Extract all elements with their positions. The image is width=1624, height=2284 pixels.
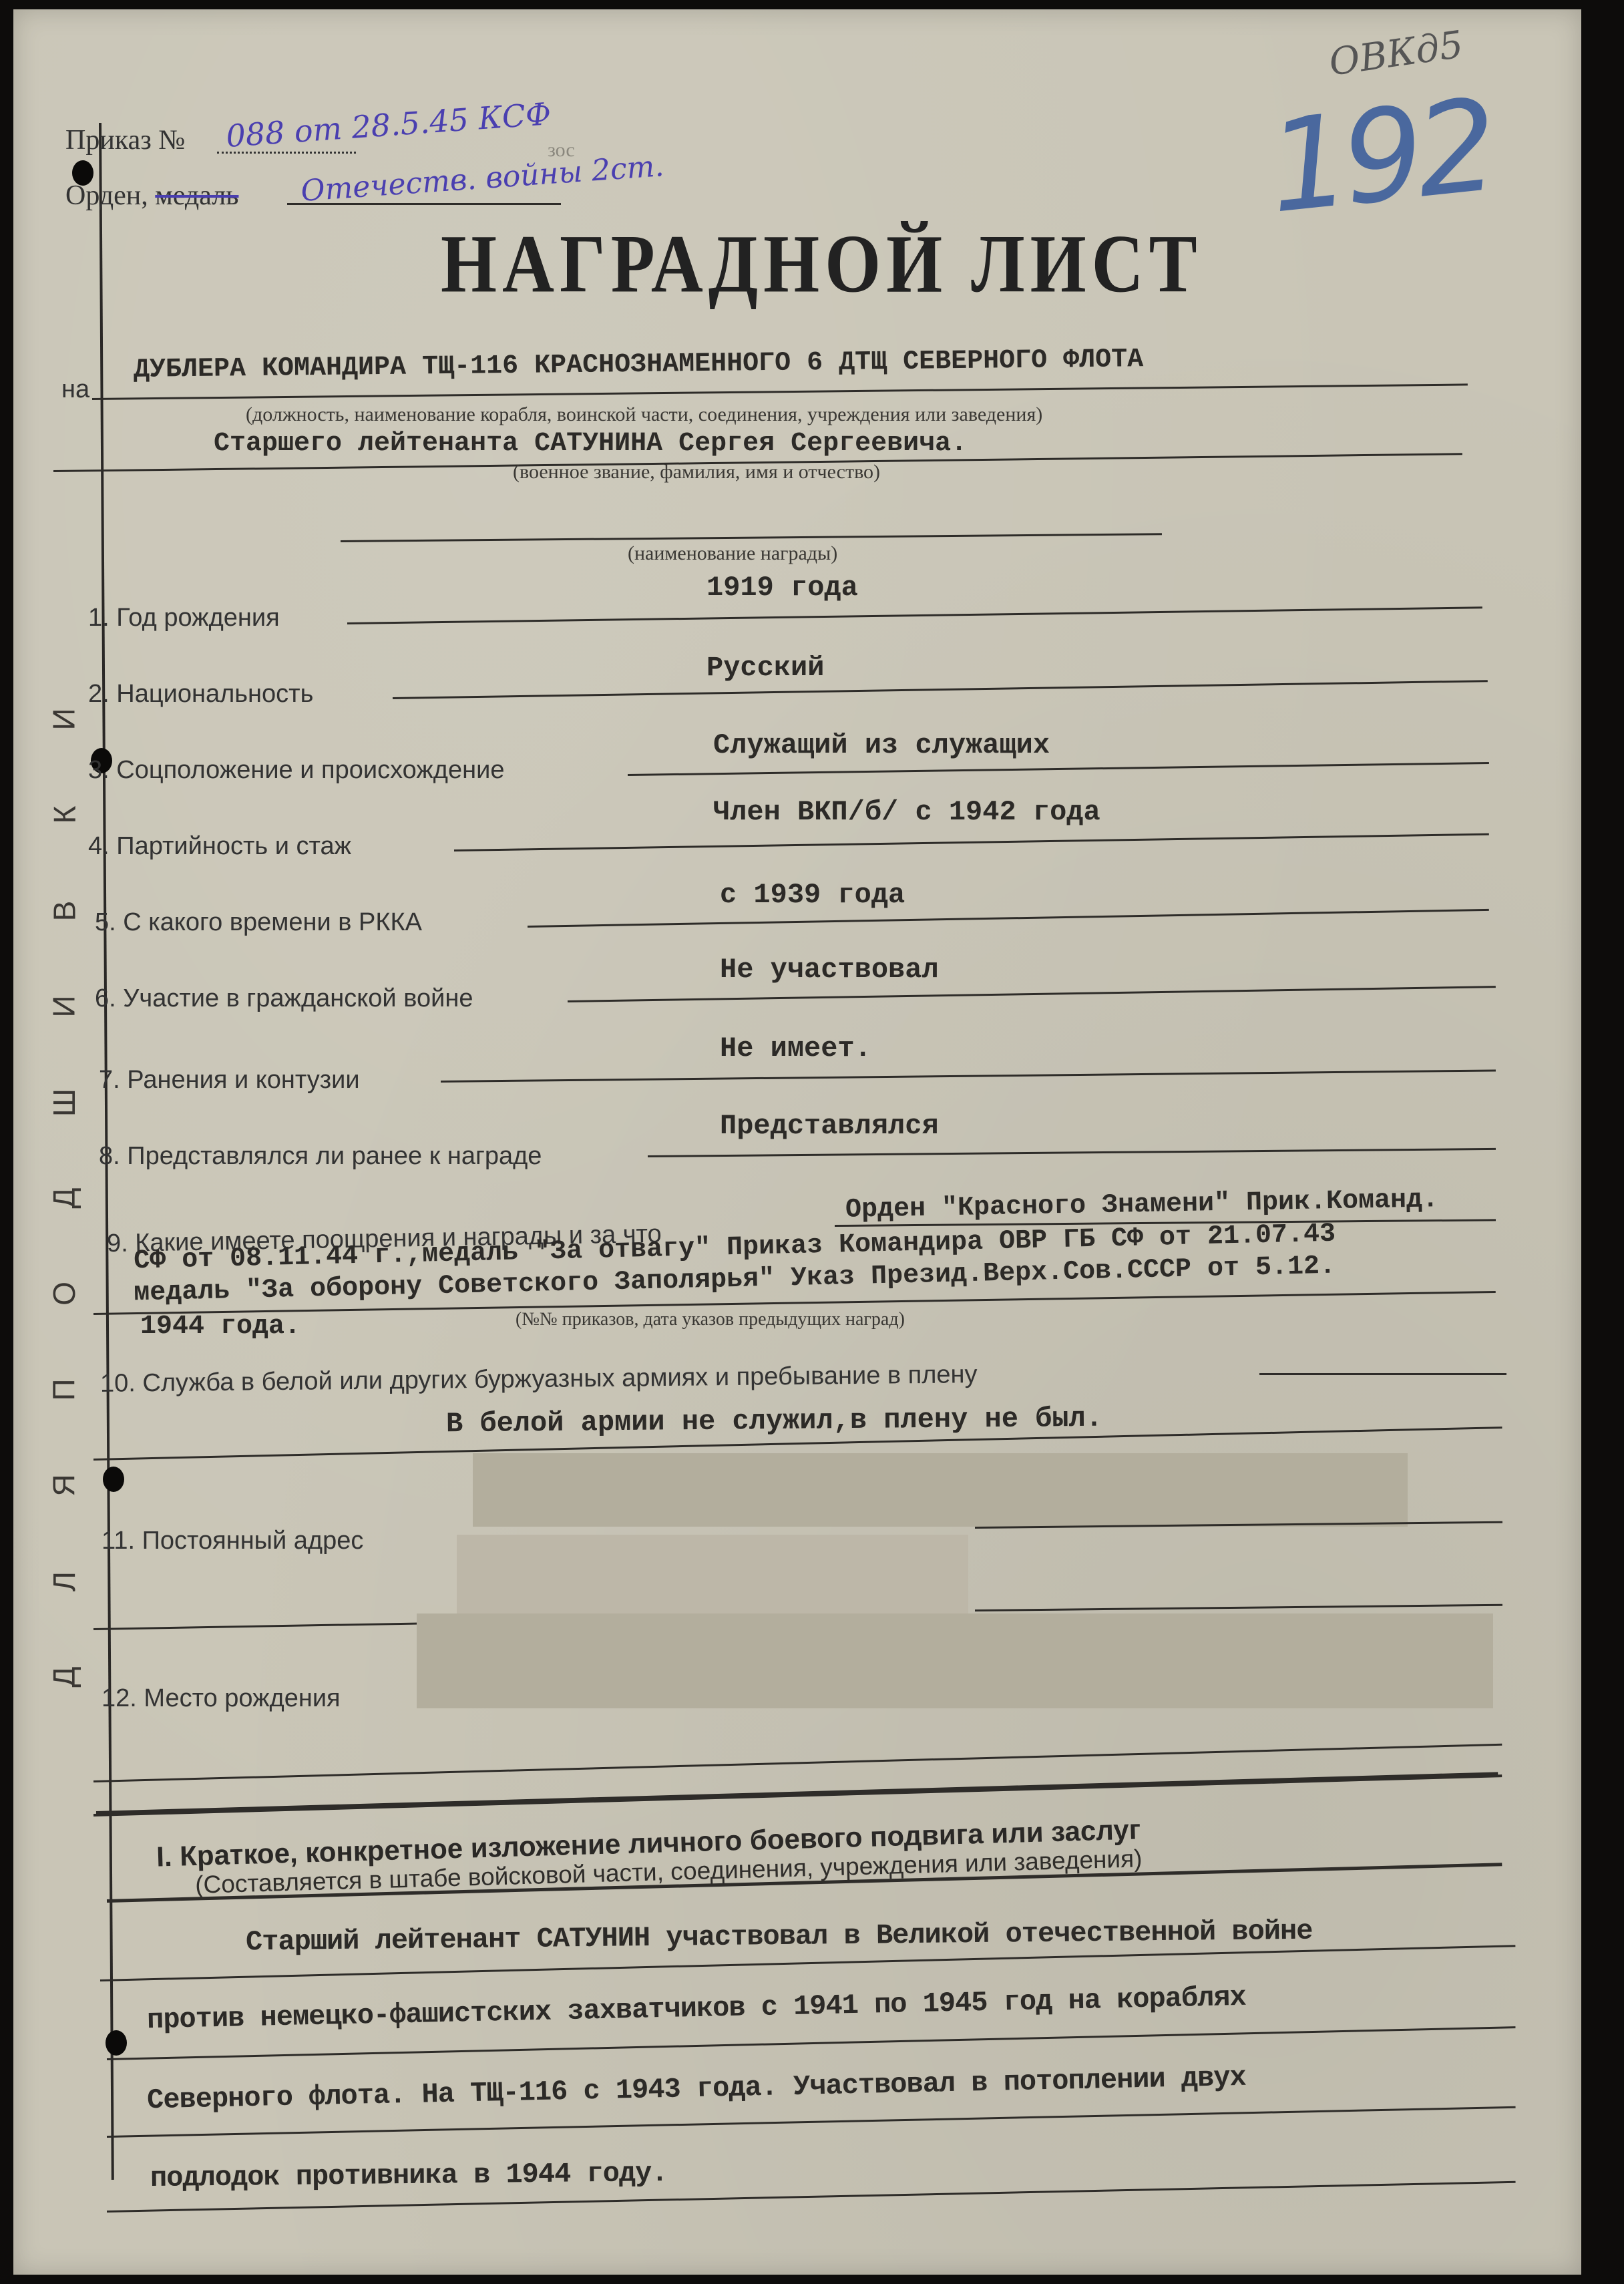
award-label: Орден, медаль: [65, 180, 238, 212]
field-line: [628, 762, 1489, 776]
field-label: 12. Место рождения: [101, 1684, 341, 1713]
field-value: Член ВКП/б/ с 1942 года: [713, 796, 1100, 828]
margin-letter: О: [49, 1282, 79, 1306]
field-line: [93, 1622, 427, 1630]
award-line-1: Орден "Красного Знамени" Прик.Команд.: [845, 1185, 1439, 1225]
redacted-birthplace: [417, 1613, 1493, 1708]
field-value: Не имеет.: [720, 1032, 871, 1065]
name-caption: (военное звание, фамилия, имя и отчество…: [513, 461, 880, 484]
field-line: [568, 986, 1496, 1002]
award-line-4: 1944 года.: [140, 1312, 300, 1342]
field-line: [1259, 1373, 1506, 1375]
position-typed: ДУБЛЕРА КОМАНДИРА ТЩ-116 КРАСНОЗНАМЕННОГ…: [134, 345, 1144, 385]
field-value: Не участвовал: [720, 954, 939, 986]
field-line: [393, 680, 1488, 699]
section-rule: [96, 1772, 1498, 1815]
award-name-handwritten: Отечеств. войны 2ст.: [300, 149, 665, 208]
award-label-order: Орден,: [65, 180, 148, 211]
nominee-name-typed: Старшего лейтенанта САТУНИНА Сергея Серг…: [214, 429, 967, 459]
margin-letter: К: [49, 806, 79, 824]
feat-line-4: подлодок противника в 1944 году.: [150, 2157, 668, 2195]
feat-line-2: против немецко-фашистских захватчиков с …: [147, 1981, 1247, 2036]
order-number-handwritten: 088 от 28.5.45 КСФ: [225, 96, 552, 154]
folio-number: 192: [1261, 71, 1498, 242]
field-line: [454, 833, 1489, 851]
margin-letter: Л: [49, 1571, 79, 1591]
field-label: 11. Постоянный адрес: [101, 1527, 363, 1555]
award-name-caption: (наименование награды): [628, 542, 837, 565]
binding-margin-text: Д Л Я П О Д Ш И В К И: [37, 704, 91, 1692]
field-label: 10. Служба в белой или других буржуазных…: [100, 1360, 978, 1398]
field-value: 1919 года: [706, 572, 858, 604]
feat-line-1: Старший лейтенант САТУНИН участвовал в В…: [246, 1915, 1313, 1959]
field-label: 3. Соцположение и происхождение: [88, 756, 504, 785]
nominee-prefix: на: [61, 375, 89, 404]
page-title: НАГРАДНОЙ ЛИСТ: [441, 217, 1203, 313]
field-label: 8. Представлялся ли ранее к награде: [99, 1142, 542, 1171]
field-label: 7. Ранения и контузии: [99, 1066, 360, 1095]
margin-letter: Ш: [49, 1088, 79, 1116]
field-line: [347, 606, 1482, 624]
award-name-line: [341, 533, 1162, 542]
margin-letter: И: [49, 996, 79, 1018]
field-label: 4. Партийность и стаж: [88, 832, 351, 861]
field-line: [648, 1148, 1496, 1157]
field-label: 1. Год рождения: [88, 604, 280, 632]
redacted-address: [457, 1535, 968, 1613]
field-label: 5. С какого времени в РККА: [95, 908, 422, 937]
field-line: [975, 1604, 1502, 1611]
punch-hole: [106, 2030, 127, 2056]
order-label: Приказ №: [65, 124, 185, 156]
punch-hole: [103, 1467, 124, 1492]
field-line: [441, 1069, 1496, 1083]
feat-line-3: Северного флота. На ТЩ-116 с 1943 года. …: [147, 2062, 1247, 2116]
field-value: Служащий из служащих: [713, 729, 1050, 761]
margin-letter: Д: [49, 1187, 79, 1208]
margin-letter: Д: [49, 1666, 79, 1687]
awards-caption: (№№ приказов, дата указов предыдущих наг…: [516, 1309, 905, 1330]
field-value: с 1939 года: [720, 879, 905, 911]
redacted-block: [473, 1453, 1408, 1527]
field-line: [93, 1744, 1502, 1782]
award-sheet-page: Д Л Я П О Д Ш И В К И Приказ № 088 от 28…: [13, 9, 1581, 2275]
field-value: В белой армии не служил,в плену не был.: [446, 1402, 1102, 1441]
position-line: [92, 383, 1468, 400]
award-label-medal-struck: медаль: [155, 180, 238, 211]
margin-letter: Я: [49, 1475, 79, 1497]
margin-letter: И: [49, 708, 79, 730]
field-value: Представлялся: [720, 1110, 939, 1142]
field-label: 6. Участие в гражданской войне: [95, 984, 473, 1013]
field-label: 2. Национальность: [88, 680, 313, 709]
field-line: [528, 909, 1489, 928]
position-caption: (должность, наименование корабля, воинск…: [246, 403, 1042, 426]
margin-letter: П: [49, 1378, 79, 1400]
field-value: Русский: [706, 652, 824, 684]
margin-letter: В: [49, 900, 79, 921]
